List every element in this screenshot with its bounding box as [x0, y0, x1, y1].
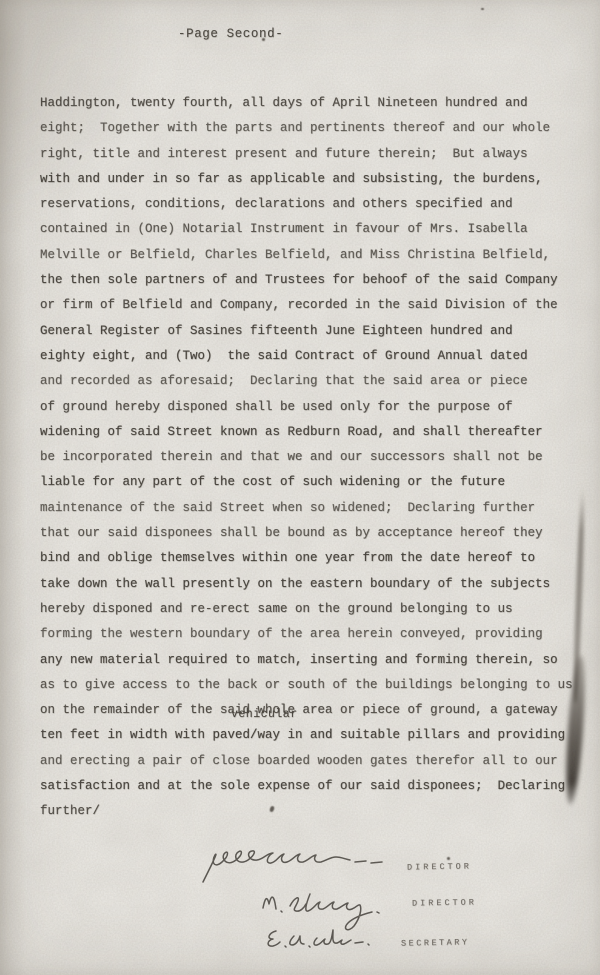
director-title-1: DIRECTOR: [407, 861, 472, 872]
ink-speck: [447, 857, 450, 860]
body-line: bind and oblige themselves within one ye…: [40, 546, 588, 571]
secretary-title: SECRETARY: [401, 937, 470, 948]
document-body-text: Haddington, twenty fourth, all days of A…: [40, 91, 588, 825]
director-signature-1-scrawl: [200, 840, 400, 888]
body-line: of ground hereby disponed shall be used …: [40, 395, 588, 420]
body-line: eight; Together with the parts and perti…: [40, 116, 588, 141]
body-line: as to give access to the back or south o…: [40, 673, 588, 698]
body-line: satisfaction and at the sole expense of …: [40, 774, 588, 799]
page-header: -Page Second-: [178, 27, 283, 41]
body-line: reservations, conditions, declarations a…: [40, 192, 588, 217]
body-line: forming the western boundary of the area…: [40, 622, 588, 647]
body-line: contained in (One) Notarial Instrument i…: [40, 217, 588, 242]
body-line: widening of said Street known as Redburn…: [40, 420, 588, 445]
body-line: General Register of Sasines fifteenth Ju…: [40, 319, 588, 344]
secretary-signature-scrawl: [264, 922, 382, 960]
body-line: be incorporated therein and that we and …: [40, 445, 588, 470]
body-line: ten feet in width with paved/way in and …: [40, 723, 588, 748]
body-line: and erecting a pair of close boarded woo…: [40, 749, 588, 774]
scanned-document-page: -Page Second- Haddington, twenty fourth,…: [0, 0, 600, 975]
ink-speck: [481, 8, 484, 10]
body-line: that our said disponees shall be bound a…: [40, 521, 588, 546]
body-line: Melville or Belfield, Charles Belfield, …: [40, 243, 588, 268]
body-line: take down the wall presently on the east…: [40, 572, 588, 597]
body-line: Haddington, twenty fourth, all days of A…: [40, 91, 588, 116]
body-line: the then sole partners of and Trustees f…: [40, 268, 588, 293]
body-line: with and under in so far as applicable a…: [40, 167, 588, 192]
body-line: right, title and interest present and fu…: [40, 142, 588, 167]
body-line: hereby disponed and re-erect same on the…: [40, 597, 588, 622]
body-line: any new material required to match, inse…: [40, 648, 588, 673]
director-title-2: DIRECTOR: [412, 897, 477, 908]
scan-edge-shading: [0, 0, 26, 975]
body-line: liable for any part of the cost of such …: [40, 470, 588, 495]
body-line: eighty eight, and (Two) the said Contrac…: [40, 344, 588, 369]
body-line: on the remainder of the said whole area …: [40, 698, 588, 723]
ink-speck: [262, 38, 265, 41]
body-line: maintenance of the said Street when so w…: [40, 496, 588, 521]
body-line: further/: [40, 799, 588, 824]
body-line: and recorded as aforesaid; Declaring tha…: [40, 369, 588, 394]
body-line: or firm of Belfield and Company, recorde…: [40, 293, 588, 318]
interlineated-word: vehicular: [231, 708, 298, 721]
